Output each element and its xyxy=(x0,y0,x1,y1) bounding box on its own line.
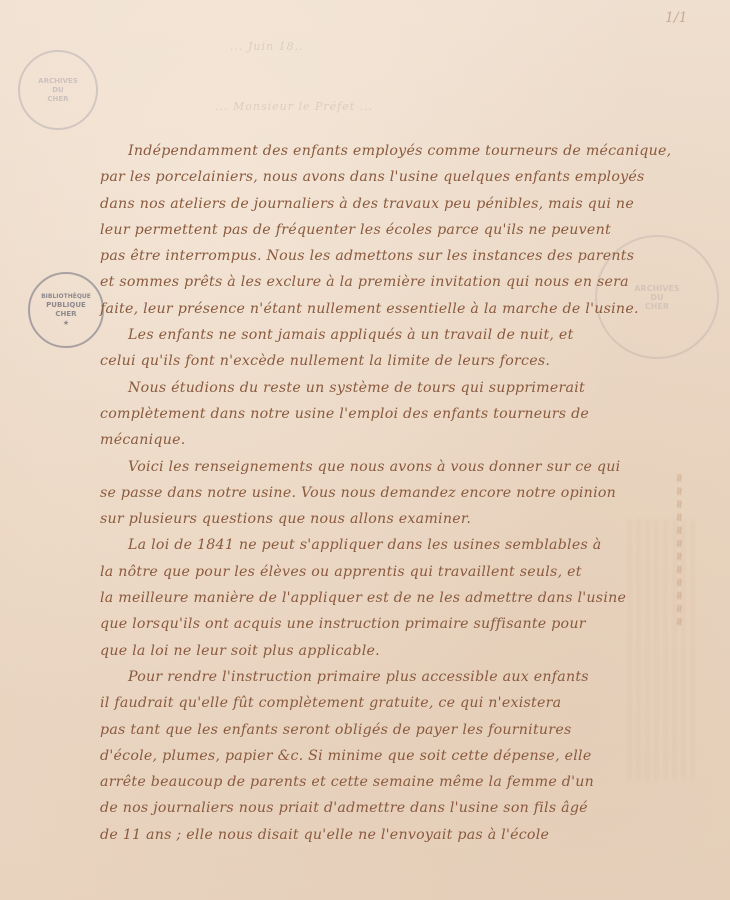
manuscript-line: que lorsqu'ils ont acquis une instructio… xyxy=(100,611,720,637)
manuscript-line: pas tant que les enfants seront obligés … xyxy=(100,717,720,743)
stamp-text: CHER xyxy=(55,310,76,319)
manuscript-line: Nous étudions du reste un système de tou… xyxy=(100,375,720,401)
manuscript-line: se passe dans notre usine. Vous nous dem… xyxy=(100,480,720,506)
star-icon: ★ xyxy=(63,319,69,328)
manuscript-line: arrête beaucoup de parents et cette sema… xyxy=(100,769,720,795)
manuscript-line: celui qu'ils font n'excède nullement la … xyxy=(100,348,720,374)
stamp-text: DU xyxy=(52,86,64,95)
manuscript-line: la nôtre que pour les élèves ou apprenti… xyxy=(100,559,720,585)
manuscript-line: par les porcelainiers, nous avons dans l… xyxy=(100,164,720,190)
stamp-text: PUBLIQUE xyxy=(46,301,86,310)
archive-stamp-top-left: ARCHIVES DU CHER xyxy=(18,50,98,130)
manuscript-line: mécanique. xyxy=(100,427,720,453)
manuscript-line: d'école, plumes, papier &c. Si minime qu… xyxy=(100,743,720,769)
letter-body: Indépendamment des enfants employés comm… xyxy=(100,138,720,848)
stamp-text: CHER xyxy=(47,95,68,104)
manuscript-line: pas être interrompus. Nous les admettons… xyxy=(100,243,720,269)
manuscript-line: et sommes prêts à les exclure à la premi… xyxy=(100,269,720,295)
manuscript-line: complètement dans notre usine l'emploi d… xyxy=(100,401,720,427)
manuscript-line: faite, leur présence n'étant nullement e… xyxy=(100,296,720,322)
manuscript-line: leur permettent pas de fréquenter les éc… xyxy=(100,217,720,243)
manuscript-line: Pour rendre l'instruction primaire plus … xyxy=(100,664,720,690)
manuscript-line: de 11 ans ; elle nous disait qu'elle ne … xyxy=(100,822,720,848)
manuscript-line: Indépendamment des enfants employés comm… xyxy=(100,138,720,164)
manuscript-line: Les enfants ne sont jamais appliqués à u… xyxy=(100,322,720,348)
manuscript-line: sur plusieurs questions que nous allons … xyxy=(100,506,720,532)
manuscript-line: la meilleure manière de l'appliquer est … xyxy=(100,585,720,611)
corner-mark: 1/1 xyxy=(665,10,688,26)
library-stamp-left: BIBLIOTHÈQUE PUBLIQUE CHER ★ xyxy=(28,272,104,348)
stamp-text: BIBLIOTHÈQUE xyxy=(41,292,91,301)
faded-header-line-2: ... Monsieur le Préfet ... xyxy=(215,100,373,113)
manuscript-line: de nos journaliers nous priait d'admettr… xyxy=(100,795,720,821)
manuscript-line: La loi de 1841 ne peut s'appliquer dans … xyxy=(100,532,720,558)
manuscript-line: dans nos ateliers de journaliers à des t… xyxy=(100,191,720,217)
faded-header-line-1: ... Juin 18.. xyxy=(230,40,304,53)
stamp-text: ARCHIVES xyxy=(38,77,78,86)
manuscript-line: que la loi ne leur soit plus applicable. xyxy=(100,638,720,664)
manuscript-line: Voici les renseignements que nous avons … xyxy=(100,454,720,480)
manuscript-line: il faudrait qu'elle fût complètement gra… xyxy=(100,690,720,716)
